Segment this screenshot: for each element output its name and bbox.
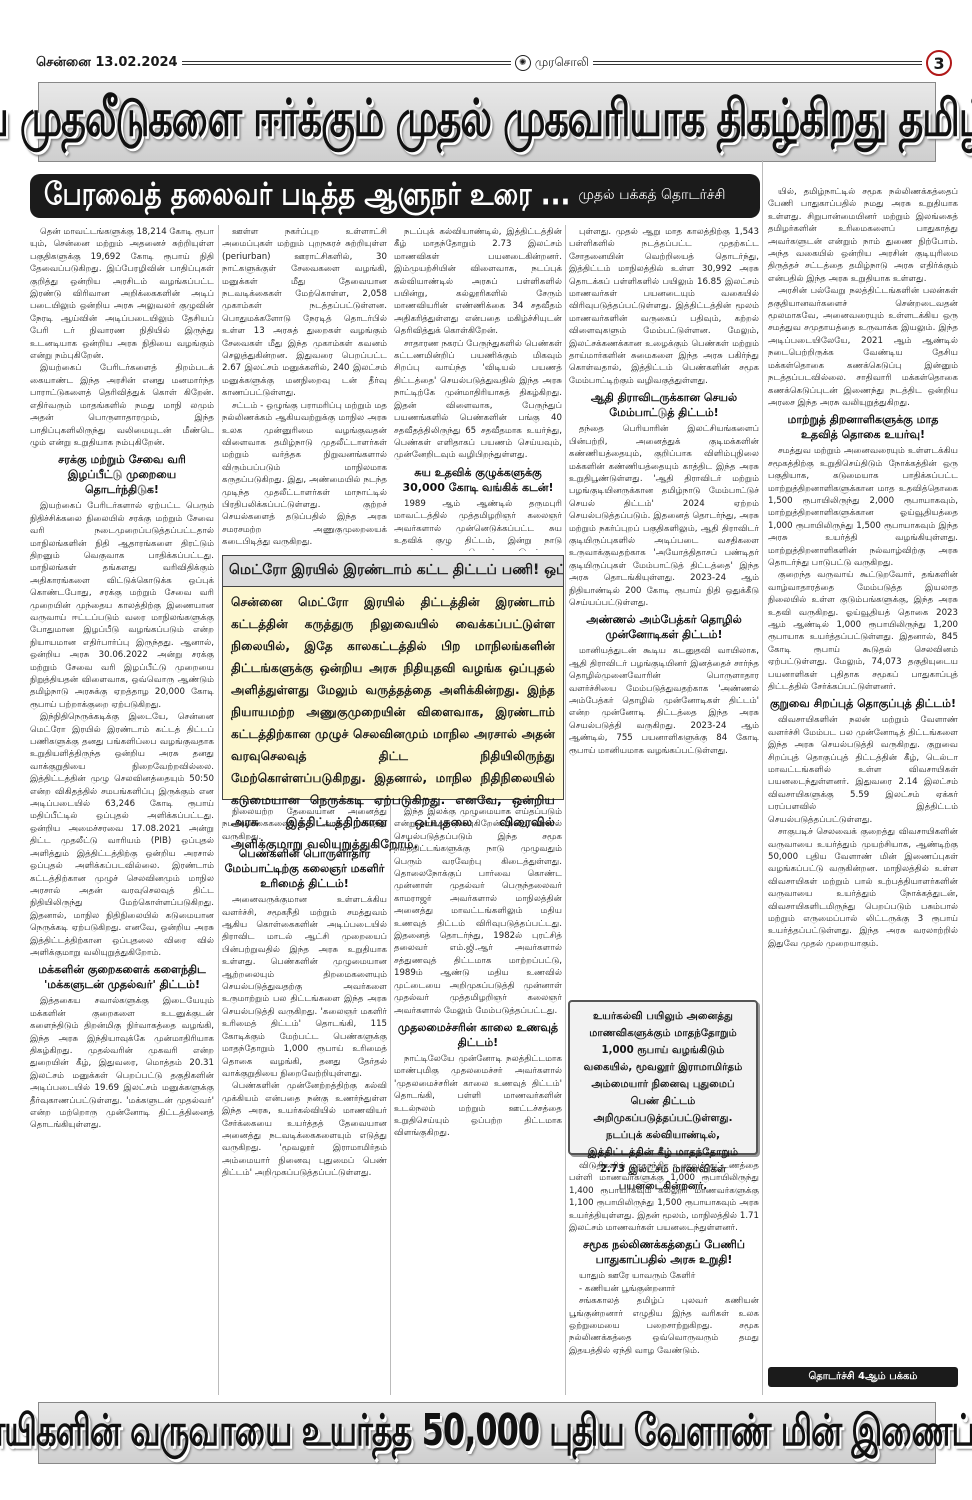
paragraph: விடுதிகளில் மாதாந்திர உணவுக் கட்டணத்தை ப… <box>569 1160 759 1234</box>
paragraph: நிலையற்ற தேவையான அனைத்து நடவடிக்கைகளையும… <box>222 806 387 843</box>
article-column-2-bottom: நிலையற்ற தேவையான அனைத்து நடவடிக்கைகளையும… <box>222 806 387 1396</box>
masthead: சென்னை 13.02.2024 ✺ முரசொலி 3 <box>36 48 952 78</box>
masthead-rule-left <box>182 61 511 65</box>
subheading-social-harmony: சமூக நல்லிணக்கத்தைப் பேணிப் பாதுகாப்பதில… <box>569 1237 759 1267</box>
subheading-makkaludan-mudhalvar: மக்களின் குறைகளைக் களைந்திட 'மக்களுடன் ம… <box>30 962 214 992</box>
paragraph: தென் மாவட்டங்களுக்கு 18,214 கோடி ரூபா யு… <box>30 226 214 362</box>
masthead-rule-right <box>593 61 922 65</box>
paragraph: ஊள்ள நகர்ப்புற உள்ளாட்சி அமைப்புகள் மற்ற… <box>222 226 387 400</box>
subheading-gst-compensation: சரக்கு மற்றும் சேவை வரி இழப்பீட்டு முறைய… <box>30 452 214 497</box>
paragraph: சங்ககாலத் தமிழ்ப் புலவர் கணியன் பூங்குன்… <box>569 1295 759 1357</box>
article-column-3-bottom: இந்த இலக்கு முழுமையாக எய்தப்படும் என்று … <box>394 806 562 1396</box>
continuation-label: முதல் பக்கத் தொடர்ச்சி <box>578 187 725 205</box>
article-column-5: யில், தமிழ்நாட்டில் சமூக நல்லிணக்கத்தைப்… <box>768 186 958 1364</box>
paragraph: சாதாரண நகரப் பேருந்துகளில் பெண்கள் கட்டண… <box>394 338 562 462</box>
subheading-kalaignar-magalir: பெண்களின் பொருளாதார மேம்பாட்டிற்கு கலைஞர… <box>222 846 387 891</box>
subheading-self-help-groups: சுய உதவிக் குழுக்களுக்கு 30,000 கோடி வங்… <box>394 465 562 495</box>
top-headline: அந்நிய முதலீடுகளை ஈர்க்கும் முதல் முகவரி… <box>0 88 972 156</box>
article-column-4-top: புள்ளது. முதல் ஆறு மாத காலத்திற்கு 1,543… <box>569 226 759 996</box>
top-headline-banner: அந்நிய முதலீடுகளை ஈர்க்கும் முதல் முகவரி… <box>38 82 936 162</box>
quote-attribution: - கணியன் பூங்குன்றனார் <box>569 1283 759 1295</box>
bottom-headline-banner: விவசாயிகளின் வருவாயை உயர்த்த 50,000 புதி… <box>38 1402 936 1464</box>
article-column-3-top: நடப்புக் கல்வியாண்டில், இத்திட்டத்தின் க… <box>394 226 562 551</box>
column-divider <box>390 805 391 1395</box>
paragraph: விவசாயிகளின் நலன் மற்றும் வேளாண் வளர்ச்ச… <box>768 714 958 826</box>
paper-name: முரசொலி <box>535 55 589 71</box>
section-title-banner: பேரவைத் தலைவர் படித்த ஆளுநர் உரை ... முத… <box>30 174 760 218</box>
paragraph: நாட்டிலேயே முன்னோடி நலத்திட்டமாக மாண்பும… <box>394 1053 562 1140</box>
paper-brand: ✺ முரசொலி <box>515 55 589 71</box>
subheading-ambedkar-entrepreneurs: அண்ணல் அம்பேத்கர் தொழில் முன்னோடிகள் திட… <box>569 612 759 642</box>
city-date: சென்னை 13.02.2024 <box>36 55 178 71</box>
paragraph: தந்தை பெரியாரின் இலட்சியங்களைப் பின்பற்ற… <box>569 423 759 609</box>
paragraph: மானியத்துடன் கூடிய கடனுதவி வாயிலாக, ஆதி … <box>569 645 759 757</box>
page-number-badge: 3 <box>926 50 952 76</box>
paragraph: இயற்கைப் பேரிடர்களைத் திறம்படக் கையாண்ட … <box>30 362 214 449</box>
paragraph: அனைவருக்குமான உள்ளடக்கிய வளர்ச்சி, சமூகந… <box>222 894 387 1080</box>
paragraph: அரசின் பல்வேறு நலத்திட்டங்களின் பலன்கள் … <box>768 285 958 409</box>
paragraph: புள்ளது. முதல் ஆறு மாத காலத்திற்கு 1,543… <box>569 226 759 387</box>
pudhumai-penn-callout-box: உயர்கல்வி பயிலும் அனைத்து மாணவிகளுக்கும்… <box>568 1000 758 1155</box>
metro-box-headline: மெட்ரோ இரயில் இரண்டாம் கட்ட திட்டப் பணி!… <box>223 556 563 587</box>
column-divider <box>762 160 763 1395</box>
paragraph: இந்த இலக்கு முழுமையாக எய்தப்படும் என்று … <box>394 806 562 1017</box>
metro-rail-callout-box: மெட்ரோ இரயில் இரண்டாம் கட்ட திட்டப் பணி!… <box>222 555 564 800</box>
column-divider <box>218 225 219 1395</box>
paragraph: சட்டம் - ஒழுங்கு பராமரிப்பு மற்றும் மத ந… <box>222 400 387 549</box>
section-title: பேரவைத் தலைவர் படித்த ஆளுநர் உரை ... <box>44 176 570 216</box>
paragraph: குறைந்த வருவாய் கூட்டுறவோர், தங்களின் வா… <box>768 569 958 693</box>
paragraph: இந்நிதிநெருக்கடிக்கு இடையே, சென்னை மெட்ர… <box>30 711 214 959</box>
continued-on-page-4-link[interactable]: தொடர்ச்சி 4ஆம் பக்கம் <box>768 1367 958 1387</box>
murasoli-drum-logo-icon: ✺ <box>515 55 531 71</box>
subheading-disability-allowance: மாற்றுத் திறனாளிகளுக்கு மாத உதவித் தொகை … <box>768 412 958 442</box>
paragraph: சாகுபடிச் செலவைக் குறைத்து விவசாயிகளின் … <box>768 826 958 950</box>
subheading-breakfast-scheme: முதலமைச்சரின் காலை உணவுத் திட்டம்! <box>394 1020 562 1050</box>
article-column-2-top: ஊள்ள நகர்ப்புற உள்ளாட்சி அமைப்புகள் மற்ற… <box>222 226 387 551</box>
bottom-headline: விவசாயிகளின் வருவாயை உயர்த்த 50,000 புதி… <box>0 1405 972 1462</box>
quote-line: யாதும் ஊரே யாவரும் கேளிர் <box>569 1270 759 1282</box>
paragraph: பெண்களின் முன்னேற்றத்திற்கு கல்வி முக்கி… <box>222 1080 387 1179</box>
paragraph: நடப்புக் கல்வியாண்டில், இத்திட்டத்தின் க… <box>394 226 562 338</box>
paragraph: சமத்துவ மற்றும் அனைவரையும் உள்ளடக்கிய சம… <box>768 445 958 569</box>
subheading-adi-dravidar: ஆதி திராவிடருக்கான செயல் மேம்பாட்டுத் தி… <box>569 390 759 420</box>
paragraph: யில், தமிழ்நாட்டில் சமூக நல்லிணக்கத்தைப்… <box>768 186 958 285</box>
paragraph: 1989 ஆம் ஆண்டில் தருமபுரி மாவட்டத்தில் ம… <box>394 498 562 551</box>
column-divider <box>565 225 566 1395</box>
article-column-1: தென் மாவட்டங்களுக்கு 18,214 கோடி ரூபா யு… <box>30 226 214 1396</box>
subheading-kuruvai-package: குறுவை சிறப்புத் தொகுப்புத் திட்டம்! <box>768 696 958 711</box>
paragraph: இத்தகைய சவால்களுக்கு இடையேயும் மக்களின் … <box>30 995 214 1131</box>
paragraph: இயற்கைப் பேரிடர்களால் ஏற்பட்ட பெரும் நித… <box>30 500 214 711</box>
article-column-4-bottom: விடுதிகளில் மாதாந்திர உணவுக் கட்டணத்தை ப… <box>569 1160 759 1396</box>
